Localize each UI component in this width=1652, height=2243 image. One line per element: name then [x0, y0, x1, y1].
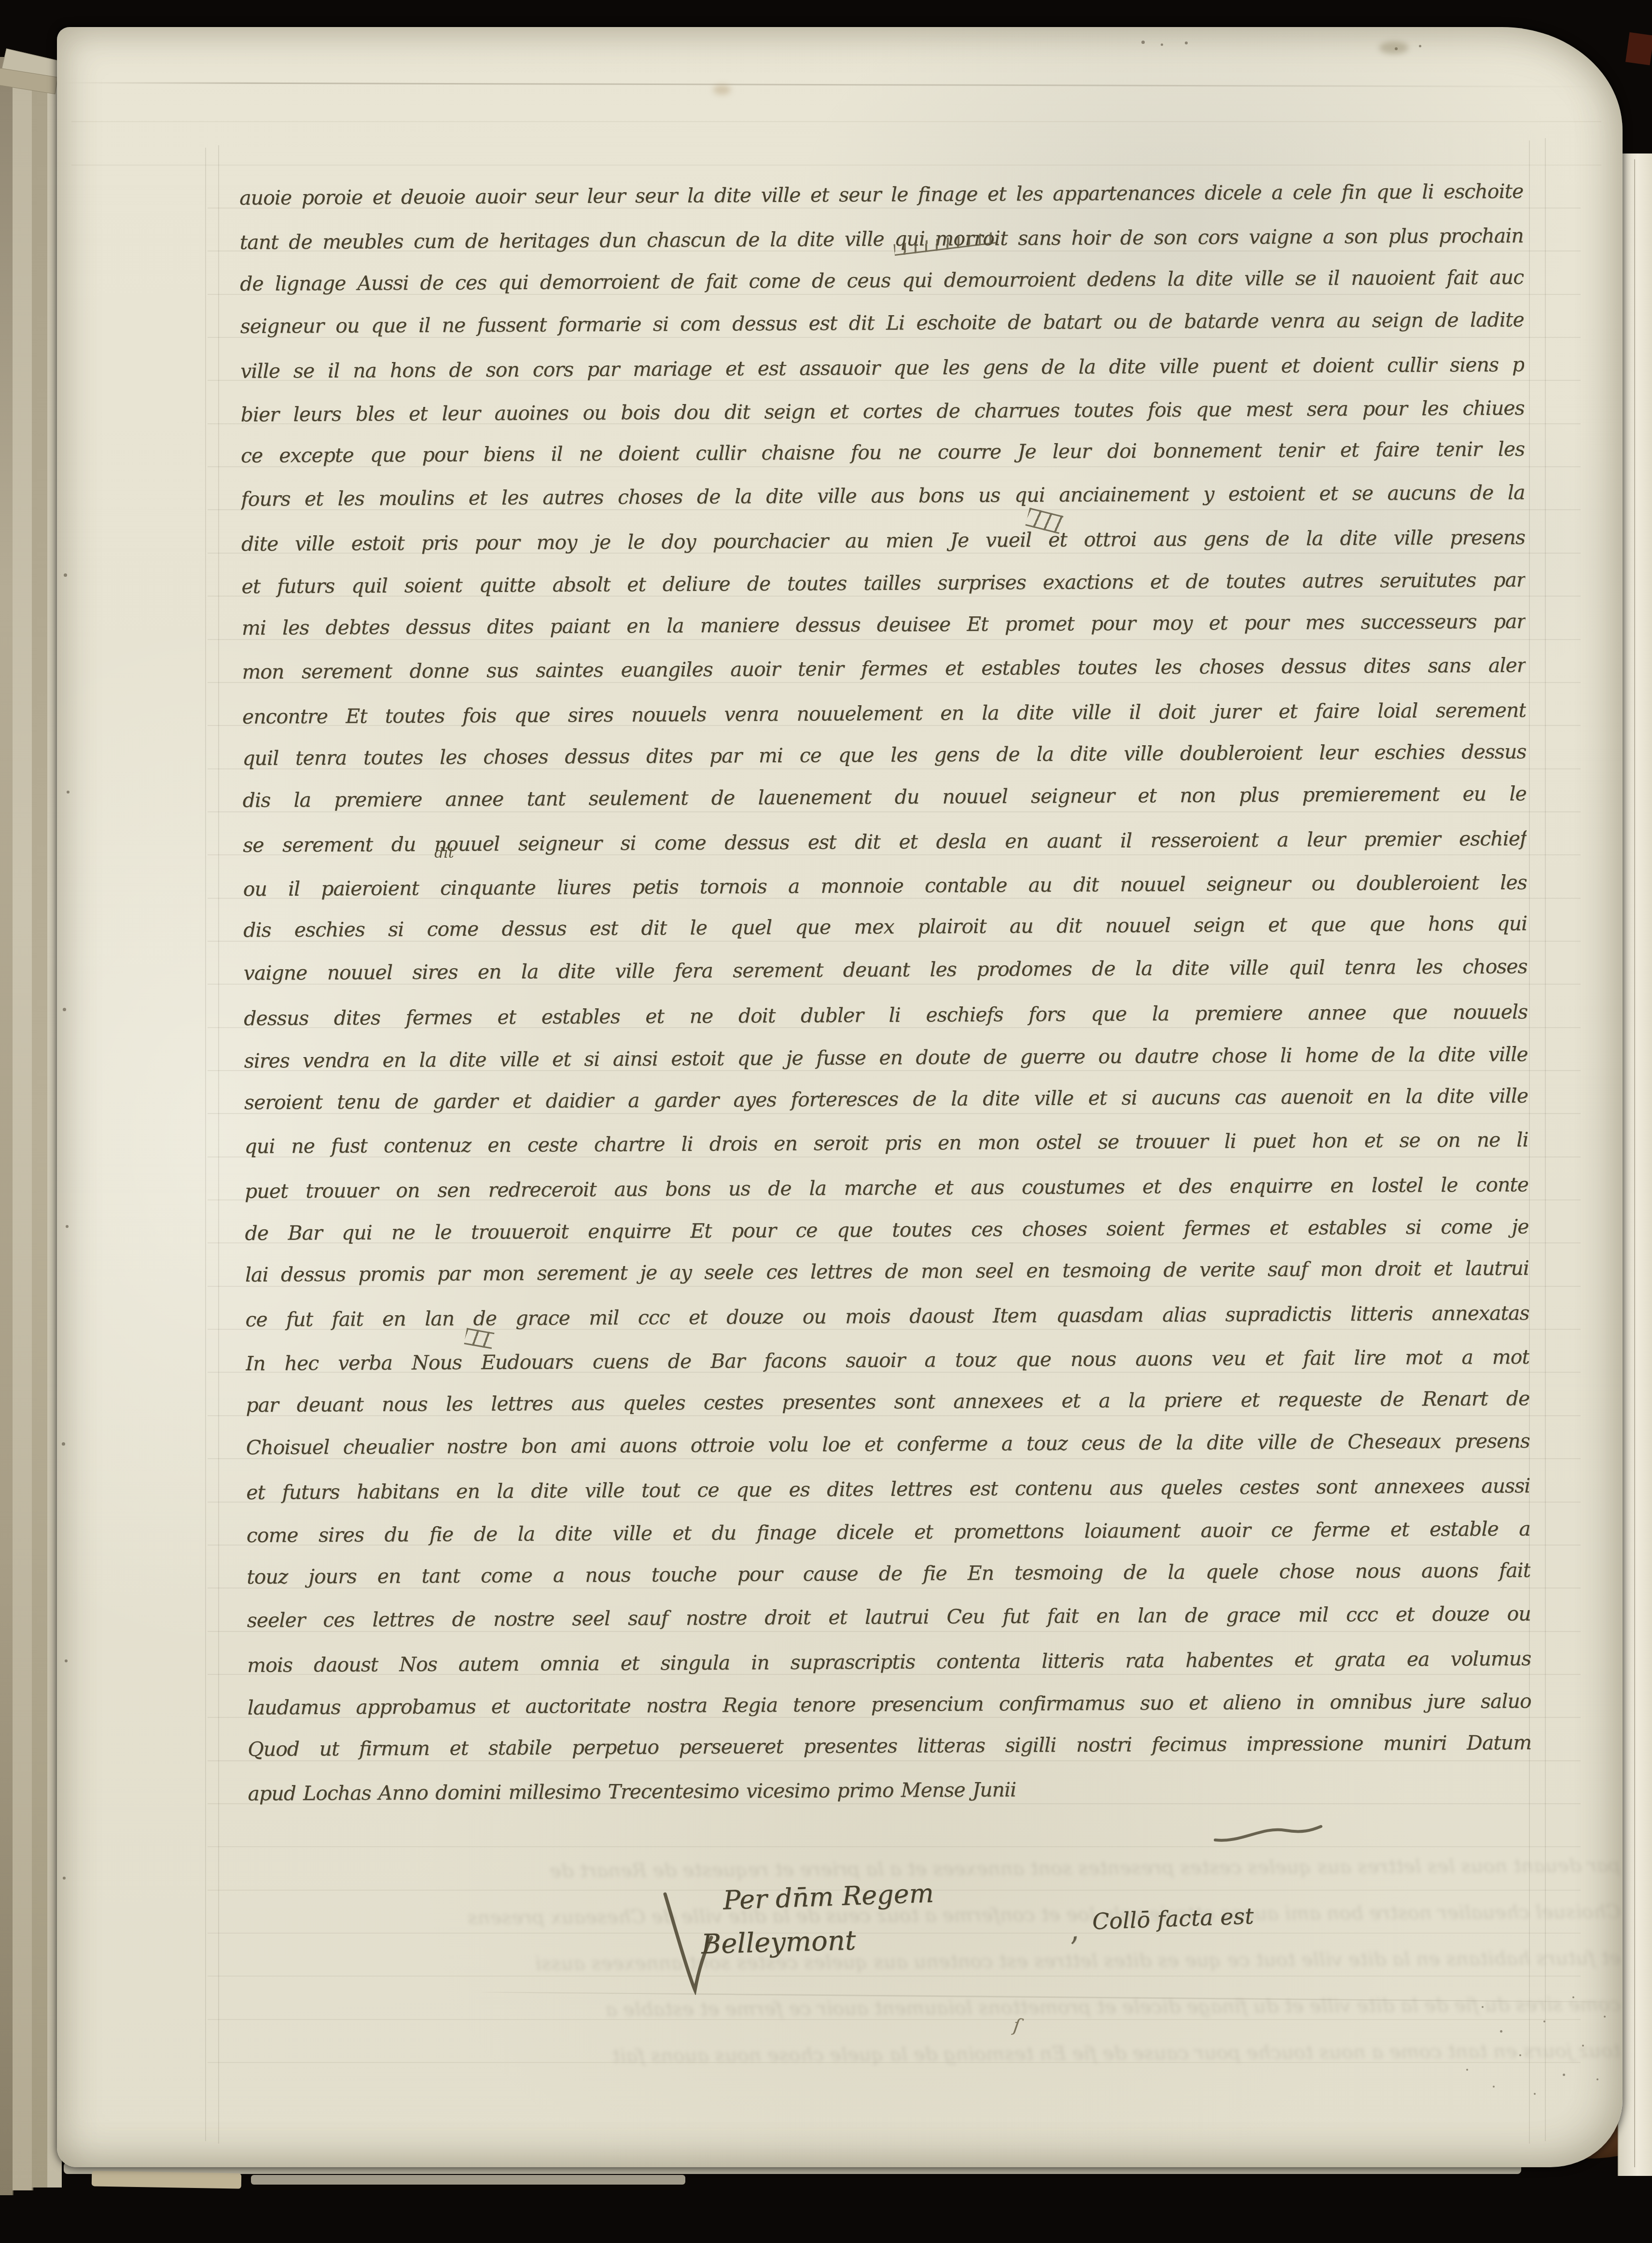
manuscript-line: dis eschies si come dessus est dit le qu… — [243, 909, 1527, 958]
bottom-page-edge — [251, 2175, 685, 2185]
show-through-line: et futurs habitans en la dite ville tout… — [453, 1947, 1621, 1976]
margin-ruling — [1529, 140, 1530, 2144]
interlinear-word: dit — [434, 845, 454, 862]
manuscript-line: bier leurs bles et leur auoines ou bois … — [240, 393, 1524, 442]
manuscript-line: puet trouuer on sen redreceroit aus bons… — [245, 1170, 1528, 1219]
show-through-line: Choisuel cheualier nostre bon ami auons … — [453, 1901, 1621, 1929]
speck — [67, 791, 69, 794]
margin-ruling — [1545, 138, 1546, 2141]
manuscript-line: apud Lochas Anno domini millesimo Trecen… — [248, 1774, 1198, 1821]
speck — [1482, 2006, 1484, 2008]
manuscript-line: touz jours en tant come a nous touche po… — [247, 1555, 1530, 1604]
ruling-line — [208, 1846, 1581, 1847]
fore-edge-crease — [1634, 159, 1635, 2167]
speck — [65, 1659, 68, 1662]
speck — [1582, 2045, 1584, 2047]
manuscript-line: Choisuel cheualier nostre bon ami auons … — [246, 1426, 1530, 1475]
manuscript-line: qui ne fust contenuz en ceste chartre li… — [244, 1125, 1528, 1174]
manuscript-line: dessus dites fermes et estables et ne do… — [244, 997, 1527, 1046]
manuscript-line: tant de meubles cum de heritages dun cha… — [240, 221, 1524, 270]
gutter-page-edge — [0, 57, 14, 2195]
speck — [1185, 42, 1188, 44]
speck — [1572, 1996, 1574, 1998]
manuscript-line: et futurs quil soient quitte absolt et d… — [241, 565, 1525, 614]
manuscript-line: de lignage Aussi de ces qui demorroient … — [240, 262, 1524, 311]
parchment-page: par deuant nous les lettres aus queles c… — [57, 27, 1623, 2167]
speck — [64, 573, 67, 577]
speck — [63, 1877, 66, 1880]
manuscript-line: laudamus approbamus et auctoritate nostr… — [247, 1686, 1531, 1735]
speck — [1466, 2069, 1468, 2071]
show-through-line: par deuant nous les lettres aus queles c… — [453, 1854, 1621, 1883]
charter-text-block: auoie poroie et deuoie auoir seur leur s… — [239, 176, 1532, 1834]
manuscript-line: seeler ces lettres de nostre seel sauf n… — [247, 1599, 1530, 1648]
speck — [1604, 2016, 1606, 2018]
manuscript-photo: par deuant nous les lettres aus queles c… — [0, 0, 1652, 2243]
pen-swash — [1213, 1822, 1324, 1846]
ruling-line — [71, 165, 1601, 166]
speck — [1519, 2054, 1521, 2056]
gutter-page-edge — [32, 73, 48, 2187]
speck — [1563, 2074, 1565, 2076]
manuscript-line: ville se il na hons de son cors par mari… — [240, 349, 1524, 399]
manuscript-line: quil tenra toutes les choses dessus dite… — [242, 737, 1526, 786]
manuscript-line: dite ville estoit pris pour moy je le do… — [241, 522, 1525, 571]
speck — [1161, 43, 1163, 46]
manuscript-line: par deuant nous les lettres aus queles c… — [246, 1383, 1529, 1433]
clerk-signature: Belleymont — [701, 1925, 856, 1960]
speck — [63, 1008, 66, 1011]
manuscript-line: come sires du fie de la dite ville et du… — [247, 1514, 1530, 1563]
ruling-line — [71, 121, 1601, 122]
binding-leather-red — [1625, 32, 1652, 65]
speck — [1500, 2030, 1502, 2033]
manuscript-line: In hec verba Nous Eudouars cuens de Bar … — [246, 1342, 1529, 1391]
manuscript-line: seigneur ou que il ne fussent formarie s… — [240, 305, 1524, 354]
manuscript-line: vaigne nouuel sires en la dite ville fer… — [243, 952, 1527, 1001]
manuscript-line: de Bar qui ne le trouueroit enquirre Et … — [245, 1212, 1528, 1261]
speck — [62, 1442, 65, 1446]
show-through-line: touz jours en tant come a nous touche po… — [453, 2040, 1621, 2068]
speck — [66, 1225, 69, 1228]
speck — [1493, 2086, 1495, 2088]
manuscript-line: ce fut fait en lan de grace mil ccc et d… — [245, 1298, 1529, 1347]
manuscript-line: lai dessus promis par mon serement je ay… — [245, 1253, 1529, 1302]
manuscript-line: dis la premiere annee tant seulement de … — [243, 779, 1527, 828]
verso-show-through: par deuant nous les lettres aus queles c… — [453, 1857, 1621, 2108]
speck — [1141, 41, 1145, 44]
manuscript-line: Quod ut firmum et stabile perpetuo perse… — [248, 1728, 1531, 1777]
manuscript-line: seroient tenu de garder et daidier a gar… — [244, 1081, 1528, 1130]
bottom-page-edge — [92, 2171, 242, 2188]
stain — [713, 85, 731, 95]
gutter-page-edge — [13, 67, 33, 2190]
manuscript-line: encontre Et toutes fois que sires nouuel… — [242, 695, 1526, 744]
stain — [1379, 42, 1408, 54]
manuscript-line: mon serement donne sus saintes euangiles… — [242, 651, 1526, 700]
speck — [1543, 2020, 1545, 2022]
manuscript-line: ou il paieroient cinquante liures petis … — [243, 867, 1527, 917]
speck — [1534, 2093, 1536, 2095]
margin-ruling — [205, 148, 206, 2141]
manuscript-line: mi les debtes dessus dites paiant en la … — [242, 606, 1526, 655]
manuscript-line: sires vendra en la dite ville et si ains… — [244, 1039, 1527, 1088]
manuscript-line: et futurs habitans en la dite ville tout… — [246, 1471, 1530, 1520]
manuscript-line: auoie poroie et deuoie auoir seur leur s… — [239, 176, 1523, 225]
check-stroke — [661, 1891, 724, 1995]
speck — [1419, 45, 1421, 47]
manuscript-line: mois daoust Nos autem omnia et singula i… — [247, 1644, 1531, 1693]
parchment-crease — [62, 82, 1606, 87]
manuscript-line: fours et les moulins et les autres chose… — [241, 477, 1525, 527]
speck — [1596, 2078, 1598, 2080]
margin-ruling — [218, 145, 219, 2144]
manuscript-line: ce excepte que pour biens il ne doient c… — [241, 434, 1525, 483]
